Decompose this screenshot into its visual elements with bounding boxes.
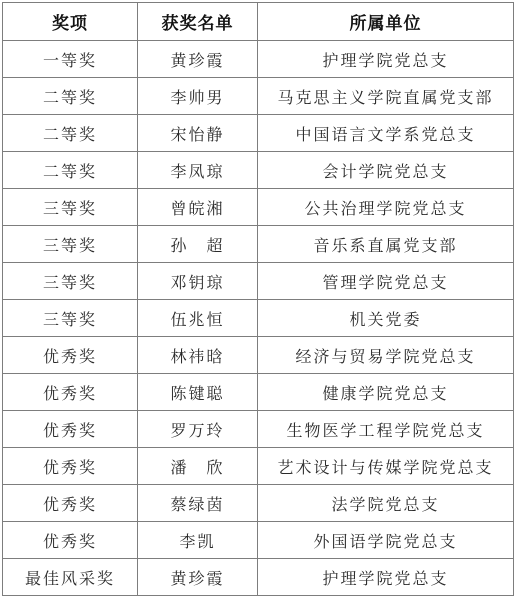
award-cell: 二等奖 bbox=[3, 78, 138, 115]
header-award: 奖项 bbox=[3, 3, 138, 41]
award-cell: 二等奖 bbox=[3, 152, 138, 189]
table-row: 三等奖 孙 超 音乐系直属党支部 bbox=[3, 226, 514, 263]
award-cell: 二等奖 bbox=[3, 115, 138, 152]
unit-cell: 管理学院党总支 bbox=[258, 263, 514, 300]
table-row: 优秀奖 潘 欣 艺术设计与传媒学院党总支 bbox=[3, 448, 514, 485]
header-unit: 所属单位 bbox=[258, 3, 514, 41]
unit-cell: 音乐系直属党支部 bbox=[258, 226, 514, 263]
unit-cell: 护理学院党总支 bbox=[258, 41, 514, 78]
unit-cell: 护理学院党总支 bbox=[258, 559, 514, 596]
table-row: 优秀奖 陈键聪 健康学院党总支 bbox=[3, 374, 514, 411]
table-row: 二等奖 李帅男 马克思主义学院直属党支部 bbox=[3, 78, 514, 115]
winner-name-cell: 宋怡静 bbox=[138, 115, 258, 152]
award-cell: 三等奖 bbox=[3, 300, 138, 337]
unit-cell: 健康学院党总支 bbox=[258, 374, 514, 411]
table-row: 优秀奖 罗万玲 生物医学工程学院党总支 bbox=[3, 411, 514, 448]
award-cell: 三等奖 bbox=[3, 226, 138, 263]
winner-name-cell: 陈键聪 bbox=[138, 374, 258, 411]
unit-cell: 马克思主义学院直属党支部 bbox=[258, 78, 514, 115]
winner-name-cell: 曾皖湘 bbox=[138, 189, 258, 226]
unit-cell: 法学院党总支 bbox=[258, 485, 514, 522]
table-row: 一等奖 黄珍霞 护理学院党总支 bbox=[3, 41, 514, 78]
award-cell: 优秀奖 bbox=[3, 374, 138, 411]
award-cell: 最佳风采奖 bbox=[3, 559, 138, 596]
table-row: 二等奖 宋怡静 中国语言文学系党总支 bbox=[3, 115, 514, 152]
table-row: 三等奖 曾皖湘 公共治理学院党总支 bbox=[3, 189, 514, 226]
unit-cell: 生物医学工程学院党总支 bbox=[258, 411, 514, 448]
winner-name-cell: 孙 超 bbox=[138, 226, 258, 263]
header-row: 奖项 获奖名单 所属单位 bbox=[3, 3, 514, 41]
winner-name-cell: 林祎晗 bbox=[138, 337, 258, 374]
table-row: 优秀奖 蔡绿茵 法学院党总支 bbox=[3, 485, 514, 522]
table-row: 最佳风采奖 黄珍霞 护理学院党总支 bbox=[3, 559, 514, 596]
table-row: 优秀奖 李凯 外国语学院党总支 bbox=[3, 522, 514, 559]
table-row: 优秀奖 林祎晗 经济与贸易学院党总支 bbox=[3, 337, 514, 374]
award-cell: 优秀奖 bbox=[3, 337, 138, 374]
awards-table: 奖项 获奖名单 所属单位 一等奖 黄珍霞 护理学院党总支 二等奖 李帅男 马克思… bbox=[2, 2, 514, 596]
winner-name-cell: 李帅男 bbox=[138, 78, 258, 115]
winner-name-cell: 黄珍霞 bbox=[138, 559, 258, 596]
winner-name-cell: 邓钥琼 bbox=[138, 263, 258, 300]
header-name: 获奖名单 bbox=[138, 3, 258, 41]
winner-name-cell: 黄珍霞 bbox=[138, 41, 258, 78]
winner-name-cell: 潘 欣 bbox=[138, 448, 258, 485]
unit-cell: 艺术设计与传媒学院党总支 bbox=[258, 448, 514, 485]
winner-name-cell: 蔡绿茵 bbox=[138, 485, 258, 522]
unit-cell: 机关党委 bbox=[258, 300, 514, 337]
winner-name-cell: 罗万玲 bbox=[138, 411, 258, 448]
award-cell: 优秀奖 bbox=[3, 411, 138, 448]
winner-name-cell: 李凯 bbox=[138, 522, 258, 559]
award-cell: 三等奖 bbox=[3, 263, 138, 300]
unit-cell: 中国语言文学系党总支 bbox=[258, 115, 514, 152]
table-row: 三等奖 邓钥琼 管理学院党总支 bbox=[3, 263, 514, 300]
table-row: 三等奖 伍兆恒 机关党委 bbox=[3, 300, 514, 337]
winner-name-cell: 李凤琼 bbox=[138, 152, 258, 189]
table-row: 二等奖 李凤琼 会计学院党总支 bbox=[3, 152, 514, 189]
award-cell: 三等奖 bbox=[3, 189, 138, 226]
unit-cell: 经济与贸易学院党总支 bbox=[258, 337, 514, 374]
winner-name-cell: 伍兆恒 bbox=[138, 300, 258, 337]
award-cell: 优秀奖 bbox=[3, 448, 138, 485]
unit-cell: 会计学院党总支 bbox=[258, 152, 514, 189]
unit-cell: 公共治理学院党总支 bbox=[258, 189, 514, 226]
award-cell: 优秀奖 bbox=[3, 522, 138, 559]
unit-cell: 外国语学院党总支 bbox=[258, 522, 514, 559]
award-cell: 一等奖 bbox=[3, 41, 138, 78]
award-cell: 优秀奖 bbox=[3, 485, 138, 522]
